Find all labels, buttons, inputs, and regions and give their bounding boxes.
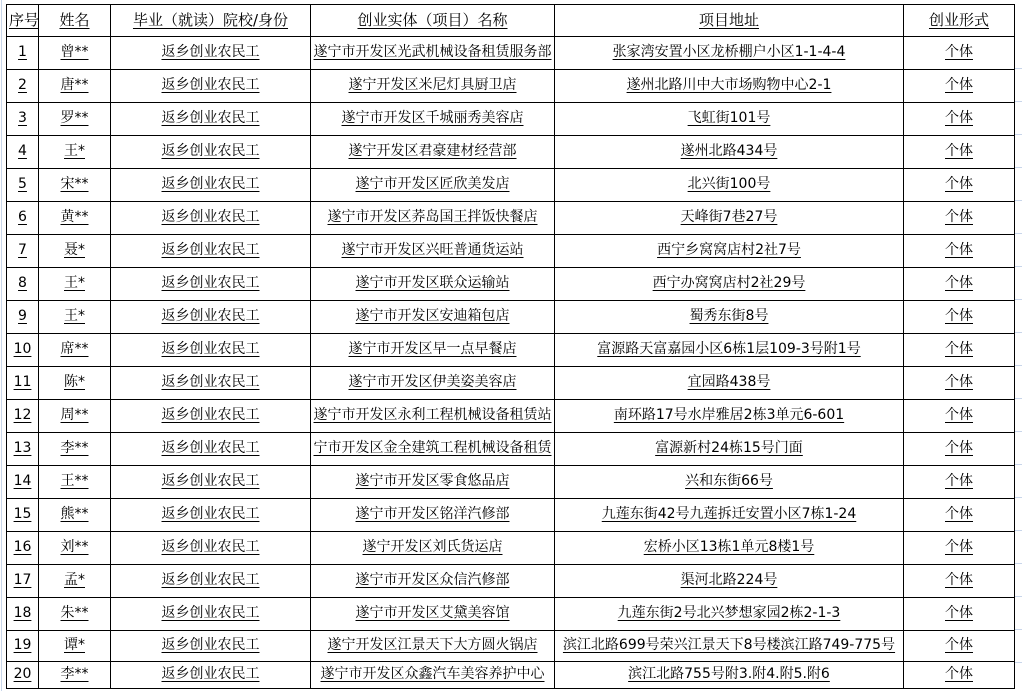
cell-name: 席** — [39, 334, 111, 367]
table-header: 序号 姓名 毕业（就读）院校/身份 创业实体（项目）名称 项目地址 创业形式 — [7, 5, 1015, 37]
cell-entity: 遂宁市开发区铭洋汽修部 — [311, 499, 555, 532]
cell-index: 14 — [7, 466, 39, 499]
cell-address: 西宁办窝窝店村2社29号 — [555, 268, 904, 301]
cell-index: 11 — [7, 367, 39, 400]
cell-identity: 返乡创业农民工 — [111, 268, 311, 301]
cell-identity: 返乡创业农民工 — [111, 367, 311, 400]
cell-address: 富源路天富嘉园小区6栋1层109-3号附1号 — [555, 334, 904, 367]
table-row: 12周**返乡创业农民工遂宁市开发区永利工程机械设备租赁站南环路17号水岸雅居2… — [7, 400, 1015, 433]
cell-form: 个体 — [904, 662, 1015, 689]
cell-index: 10 — [7, 334, 39, 367]
cell-identity: 返乡创业农民工 — [111, 169, 311, 202]
cell-form: 个体 — [904, 37, 1015, 70]
cell-entity: 遂宁开发区江景天下大方圆火锅店 — [311, 631, 555, 662]
cell-entity: 遂宁市开发区早一点早餐店 — [311, 334, 555, 367]
table-row: 9王*返乡创业农民工遂宁市开发区安迪箱包店蜀秀东街8号个体 — [7, 301, 1015, 334]
table-row: 14王**返乡创业农民工遂宁市开发区零食悠品店兴和东街66号个体 — [7, 466, 1015, 499]
cell-name: 宋** — [39, 169, 111, 202]
cell-identity: 返乡创业农民工 — [111, 466, 311, 499]
cell-address: 宜园路438号 — [555, 367, 904, 400]
cell-identity: 返乡创业农民工 — [111, 499, 311, 532]
header-name: 姓名 — [39, 5, 111, 37]
table-row: 8王*返乡创业农民工遂宁市开发区联众运输站西宁办窝窝店村2社29号个体 — [7, 268, 1015, 301]
cell-form: 个体 — [904, 367, 1015, 400]
header-address: 项目地址 — [555, 5, 904, 37]
cell-index: 15 — [7, 499, 39, 532]
table-row: 16刘**返乡创业农民工遂宁开发区刘氏货运店宏桥小区13栋1单元8楼1号个体 — [7, 532, 1015, 565]
cell-name: 熊** — [39, 499, 111, 532]
cell-entity: 遂宁市开发区兴旺普通货运站 — [311, 235, 555, 268]
table-row: 7聂*返乡创业农民工遂宁市开发区兴旺普通货运站西宁乡窝窝店村2社7号个体 — [7, 235, 1015, 268]
cell-address: 遂州北路434号 — [555, 136, 904, 169]
cell-name: 聂* — [39, 235, 111, 268]
cell-identity: 返乡创业农民工 — [111, 631, 311, 662]
cell-identity: 返乡创业农民工 — [111, 662, 311, 689]
table-row: 11陈*返乡创业农民工遂宁市开发区伊美姿美容店宜园路438号个体 — [7, 367, 1015, 400]
table-body: 1曾**返乡创业农民工遂宁市开发区光武机械设备租赁服务部张家湾安置小区龙桥棚户小… — [7, 37, 1015, 689]
cell-entity: 遂宁开发区君豪建材经营部 — [311, 136, 555, 169]
cell-form: 个体 — [904, 169, 1015, 202]
cell-name: 李** — [39, 662, 111, 689]
cell-address: 蜀秀东街8号 — [555, 301, 904, 334]
startup-records-table: 序号 姓名 毕业（就读）院校/身份 创业实体（项目）名称 项目地址 创业形式 1… — [6, 4, 1015, 689]
cell-address: 天峰街7巷27号 — [555, 202, 904, 235]
header-index: 序号 — [7, 5, 39, 37]
cell-name: 谭* — [39, 631, 111, 662]
cell-identity: 返乡创业农民工 — [111, 37, 311, 70]
table-row: 5宋**返乡创业农民工遂宁市开发区匠欣美发店北兴街100号个体 — [7, 169, 1015, 202]
header-form: 创业形式 — [904, 5, 1015, 37]
table-row: 15熊**返乡创业农民工遂宁市开发区铭洋汽修部九莲东街42号九莲拆迁安置小区7栋… — [7, 499, 1015, 532]
cell-name: 王** — [39, 466, 111, 499]
cell-form: 个体 — [904, 70, 1015, 103]
cell-form: 个体 — [904, 466, 1015, 499]
cell-address: 西宁乡窝窝店村2社7号 — [555, 235, 904, 268]
cell-entity: 遂宁市开发区众鑫汽车美容养护中心 — [311, 662, 555, 689]
cell-address: 宏桥小区13栋1单元8楼1号 — [555, 532, 904, 565]
cell-address: 九莲东街2号北兴梦想家园2栋2-1-3 — [555, 598, 904, 631]
cell-form: 个体 — [904, 400, 1015, 433]
cell-address: 兴和东街66号 — [555, 466, 904, 499]
cell-identity: 返乡创业农民工 — [111, 565, 311, 598]
cell-form: 个体 — [904, 103, 1015, 136]
cell-entity: 遂宁市开发区伊美姿美容店 — [311, 367, 555, 400]
cell-name: 朱** — [39, 598, 111, 631]
cell-entity: 遂宁市开发区艾黛美容馆 — [311, 598, 555, 631]
cell-index: 9 — [7, 301, 39, 334]
cell-identity: 返乡创业农民工 — [111, 598, 311, 631]
cell-index: 2 — [7, 70, 39, 103]
cell-address: 滨江北路755号附3.附4.附5.附6 — [555, 662, 904, 689]
cell-address: 北兴街100号 — [555, 169, 904, 202]
table-row: 10席**返乡创业农民工遂宁市开发区早一点早餐店富源路天富嘉园小区6栋1层109… — [7, 334, 1015, 367]
cell-index: 1 — [7, 37, 39, 70]
cell-index: 5 — [7, 169, 39, 202]
cell-identity: 返乡创业农民工 — [111, 301, 311, 334]
cell-index: 17 — [7, 565, 39, 598]
cell-identity: 返乡创业农民工 — [111, 433, 311, 466]
cell-form: 个体 — [904, 301, 1015, 334]
cell-identity: 返乡创业农民工 — [111, 235, 311, 268]
table-row: 3罗**返乡创业农民工遂宁市开发区千城丽秀美容店飞虹街101号个体 — [7, 103, 1015, 136]
cell-identity: 返乡创业农民工 — [111, 70, 311, 103]
cell-index: 8 — [7, 268, 39, 301]
cell-entity: 遂宁市开发区光武机械设备租赁服务部 — [311, 37, 555, 70]
cell-identity: 返乡创业农民工 — [111, 532, 311, 565]
cell-index: 18 — [7, 598, 39, 631]
cell-address: 九莲东街42号九莲拆迁安置小区7栋1-24 — [555, 499, 904, 532]
cell-index: 3 — [7, 103, 39, 136]
cell-identity: 返乡创业农民工 — [111, 334, 311, 367]
cell-form: 个体 — [904, 136, 1015, 169]
cell-index: 19 — [7, 631, 39, 662]
table-row: 6黄**返乡创业农民工遂宁市开发区荞岛国王拌饭快餐店天峰街7巷27号个体 — [7, 202, 1015, 235]
cell-address: 飞虹街101号 — [555, 103, 904, 136]
cell-name: 唐** — [39, 70, 111, 103]
table-row: 2唐**返乡创业农民工遂宁开发区米尼灯具厨卫店遂州北路川中大市场购物中心2-1个… — [7, 70, 1015, 103]
cell-form: 个体 — [904, 235, 1015, 268]
cell-index: 16 — [7, 532, 39, 565]
table-row: 13李**返乡创业农民工宁市开发区金全建筑工程机械设备租赁富源新村24栋15号门… — [7, 433, 1015, 466]
cell-index: 13 — [7, 433, 39, 466]
spreadsheet-view: 序号 姓名 毕业（就读）院校/身份 创业实体（项目）名称 项目地址 创业形式 1… — [0, 0, 1022, 691]
table-row: 1曾**返乡创业农民工遂宁市开发区光武机械设备租赁服务部张家湾安置小区龙桥棚户小… — [7, 37, 1015, 70]
table-row: 18朱**返乡创业农民工遂宁市开发区艾黛美容馆九莲东街2号北兴梦想家园2栋2-1… — [7, 598, 1015, 631]
cell-form: 个体 — [904, 532, 1015, 565]
cell-address: 富源新村24栋15号门面 — [555, 433, 904, 466]
cell-entity: 遂宁市开发区零食悠品店 — [311, 466, 555, 499]
cell-address: 南环路17号水岸雅居2栋3单元6-601 — [555, 400, 904, 433]
table-row: 17孟*返乡创业农民工遂宁市开发区众信汽修部渠河北路224号个体 — [7, 565, 1015, 598]
cell-index: 7 — [7, 235, 39, 268]
cell-identity: 返乡创业农民工 — [111, 202, 311, 235]
header-identity: 毕业（就读）院校/身份 — [111, 5, 311, 37]
cell-name: 孟* — [39, 565, 111, 598]
cell-entity: 遂宁市开发区永利工程机械设备租赁站 — [311, 400, 555, 433]
cell-index: 4 — [7, 136, 39, 169]
cell-entity: 遂宁市开发区匠欣美发店 — [311, 169, 555, 202]
cell-name: 刘** — [39, 532, 111, 565]
cell-entity: 遂宁市开发区众信汽修部 — [311, 565, 555, 598]
cell-name: 王* — [39, 301, 111, 334]
cell-entity: 遂宁开发区米尼灯具厨卫店 — [311, 70, 555, 103]
cell-identity: 返乡创业农民工 — [111, 136, 311, 169]
cell-entity: 宁市开发区金全建筑工程机械设备租赁 — [311, 433, 555, 466]
cell-address: 张家湾安置小区龙桥棚户小区1-1-4-4 — [555, 37, 904, 70]
cell-identity: 返乡创业农民工 — [111, 103, 311, 136]
cell-entity: 遂宁市开发区安迪箱包店 — [311, 301, 555, 334]
table-row: 19谭*返乡创业农民工遂宁开发区江景天下大方圆火锅店滨江北路699号荣兴江景天下… — [7, 631, 1015, 662]
cell-entity: 遂宁开发区刘氏货运店 — [311, 532, 555, 565]
header-row: 序号 姓名 毕业（就读）院校/身份 创业实体（项目）名称 项目地址 创业形式 — [7, 5, 1015, 37]
cell-name: 陈* — [39, 367, 111, 400]
cell-form: 个体 — [904, 268, 1015, 301]
cell-form: 个体 — [904, 598, 1015, 631]
sheet-gridline-right — [1014, 36, 1022, 686]
cell-entity: 遂宁市开发区联众运输站 — [311, 268, 555, 301]
table-row: 20李**返乡创业农民工遂宁市开发区众鑫汽车美容养护中心滨江北路755号附3.附… — [7, 662, 1015, 689]
cell-entity: 遂宁市开发区荞岛国王拌饭快餐店 — [311, 202, 555, 235]
cell-entity: 遂宁市开发区千城丽秀美容店 — [311, 103, 555, 136]
cell-address: 遂州北路川中大市场购物中心2-1 — [555, 70, 904, 103]
cell-form: 个体 — [904, 334, 1015, 367]
cell-name: 曾** — [39, 37, 111, 70]
cell-name: 王* — [39, 136, 111, 169]
header-entity: 创业实体（项目）名称 — [311, 5, 555, 37]
cell-name: 黄** — [39, 202, 111, 235]
sheet-gridline-left — [1, 0, 2, 691]
cell-form: 个体 — [904, 202, 1015, 235]
cell-name: 王* — [39, 268, 111, 301]
cell-index: 12 — [7, 400, 39, 433]
cell-form: 个体 — [904, 499, 1015, 532]
cell-address: 渠河北路224号 — [555, 565, 904, 598]
cell-address: 滨江北路699号荣兴江景天下8号楼滨江路749-775号 — [555, 631, 904, 662]
cell-name: 周** — [39, 400, 111, 433]
cell-index: 6 — [7, 202, 39, 235]
cell-form: 个体 — [904, 433, 1015, 466]
cell-identity: 返乡创业农民工 — [111, 400, 311, 433]
cell-name: 李** — [39, 433, 111, 466]
cell-form: 个体 — [904, 565, 1015, 598]
cell-index: 20 — [7, 662, 39, 689]
cell-name: 罗** — [39, 103, 111, 136]
table-row: 4王*返乡创业农民工遂宁开发区君豪建材经营部遂州北路434号个体 — [7, 136, 1015, 169]
cell-form: 个体 — [904, 631, 1015, 662]
